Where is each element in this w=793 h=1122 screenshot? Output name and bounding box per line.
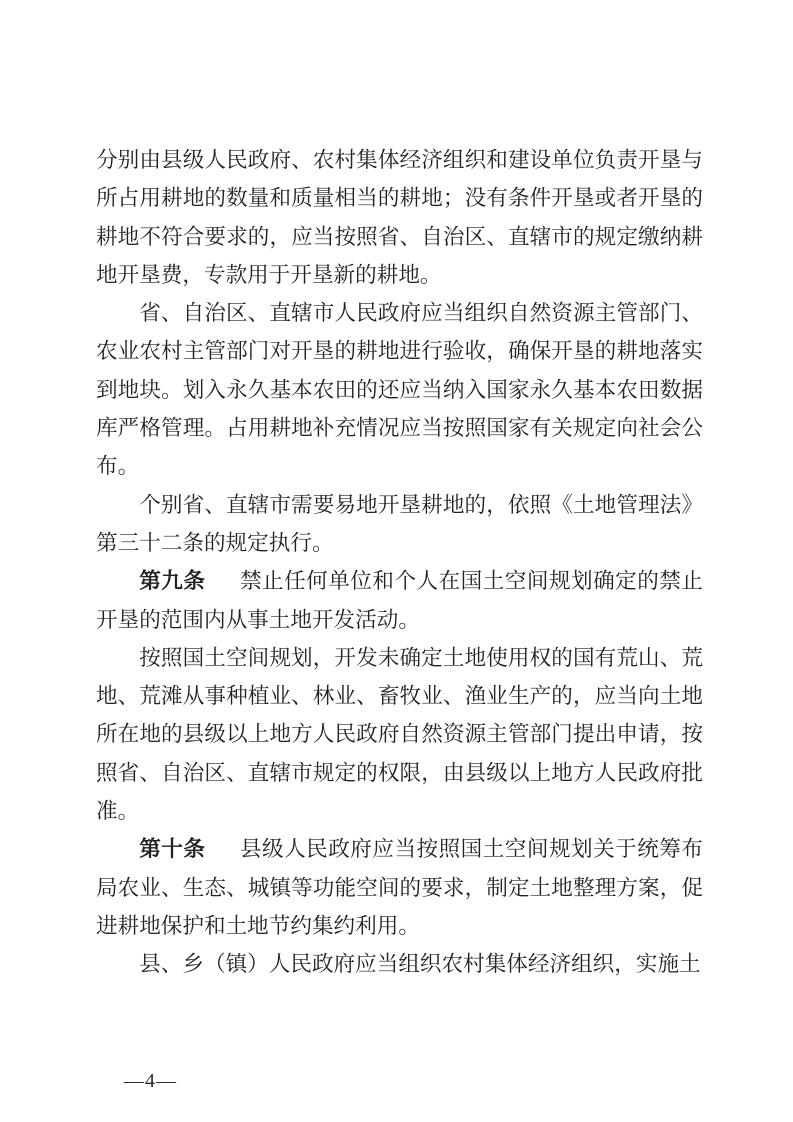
page-number: —4— (124, 1070, 177, 1093)
document-body: 分别由县级人民政府、农村集体经济组织和建设单位负责开垦与所占用耕地的数量和质量相… (96, 141, 703, 984)
article-9-paragraph: 第九条禁止任何单位和个人在国土空间规划确定的禁止开垦的范围内从事土地开发活动。 (96, 562, 703, 639)
paragraph-continuation: 分别由县级人民政府、农村集体经济组织和建设单位负责开垦与所占用耕地的数量和质量相… (96, 141, 703, 294)
article-10-label: 第十条 (139, 837, 205, 861)
paragraph-text: 分别由县级人民政府、农村集体经济组织和建设单位负责开垦与所占用耕地的数量和质量相… (96, 148, 703, 287)
paragraph: 省、自治区、直辖市人民政府应当组织自然资源主管部门、农业农村主管部门对开垦的耕地… (96, 294, 703, 485)
paragraph-text: 县、乡（镇）人民政府应当组织农村集体经济组织，实施土 (139, 952, 700, 976)
paragraph-text: 个别省、直辖市需要易地开垦耕地的，依照《土地管理法》第三十二条的规定执行。 (96, 493, 703, 555)
paragraph-text: 按照国土空间规划，开发未确定土地使用权的国有荒山、荒地、荒滩从事种植业、林业、畜… (96, 646, 703, 823)
paragraph-text: 省、自治区、直辖市人民政府应当组织自然资源主管部门、农业农村主管部门对开垦的耕地… (96, 301, 703, 478)
paragraph: 按照国土空间规划，开发未确定土地使用权的国有荒山、荒地、荒滩从事种植业、林业、畜… (96, 639, 703, 830)
article-9-label: 第九条 (139, 569, 205, 593)
article-10-paragraph: 第十条县级人民政府应当按照国土空间规划关于统筹布局农业、生态、城镇等功能空间的要… (96, 830, 703, 945)
document-page: 分别由县级人民政府、农村集体经济组织和建设单位负责开垦与所占用耕地的数量和质量相… (0, 0, 793, 1122)
paragraph: 县、乡（镇）人民政府应当组织农村集体经济组织，实施土 (96, 945, 703, 983)
paragraph: 个别省、直辖市需要易地开垦耕地的，依照《土地管理法》第三十二条的规定执行。 (96, 486, 703, 563)
